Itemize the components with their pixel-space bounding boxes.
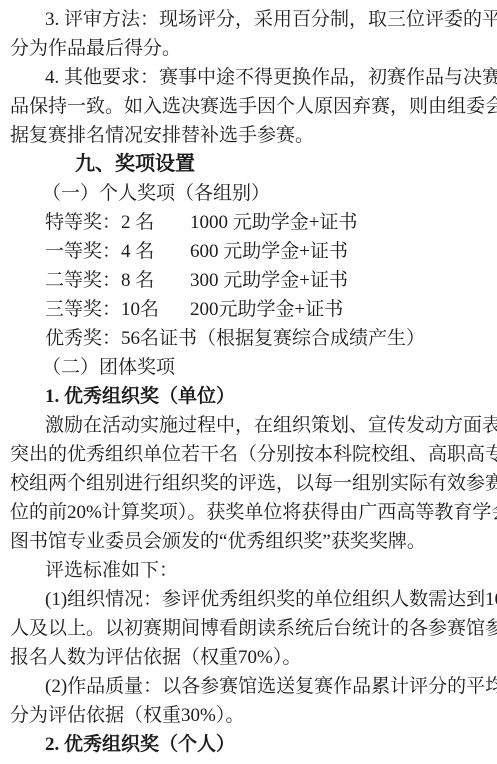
award-label: 二等奖：8 名	[45, 266, 190, 295]
award-line-first-prize: 一等奖：4 名600 元助学金+证书	[0, 237, 497, 266]
award-value: 200元助学金+证书	[190, 299, 343, 320]
award-value: 300 元助学金+证书	[190, 270, 348, 291]
para-judging-method-line1: 3. 评审方法：现场评分，采用百分制，取三位评委的平均	[0, 5, 497, 34]
award-label: 三等奖：10名	[45, 295, 190, 324]
para-org-award-line2: 突出的优秀组织单位若干名（分别按本科院校组、高职高专院	[0, 440, 497, 469]
para-org-award-line4: 位的前20%计算奖项）。获奖单位将获得由广西高等教育学会	[0, 498, 497, 527]
para-org-award-line5: 图书馆专业委员会颁发的“优秀组织奖”获奖奖牌。	[0, 527, 497, 556]
para-criteria-1-line2: 人及以上。以初赛期间博看朗读系统后台统计的各参赛馆参与	[0, 614, 497, 643]
award-line-second-prize: 二等奖：8 名300 元助学金+证书	[0, 266, 497, 295]
award-line-excellence-prize: 优秀奖：56名证书（根据复赛综合成绩产生）	[0, 324, 497, 353]
para-other-requirements-line3: 据复赛排名情况安排替补选手参赛。	[0, 121, 497, 150]
award-line-special-prize: 特等奖：2 名1000 元助学金+证书	[0, 208, 497, 237]
section-heading-awards: 九、奖项设置	[0, 150, 497, 179]
subheading-individual-awards: （一）个人奖项（各组别）	[0, 179, 497, 208]
document-body: 3. 评审方法：现场评分，采用百分制，取三位评委的平均分为作品最后得分。4. 其…	[0, 5, 497, 759]
award-label: 一等奖：4 名	[45, 237, 190, 266]
award-line-third-prize: 三等奖：10名200元助学金+证书	[0, 295, 497, 324]
para-criteria-1-line3: 报名人数为评估依据（权重70%）。	[0, 643, 497, 672]
document-page: 3. 评审方法：现场评分，采用百分制，取三位评委的平均分为作品最后得分。4. 其…	[0, 0, 497, 764]
subheading-org-award-individual: 2. 优秀组织奖（个人）	[0, 730, 497, 759]
award-value: 600 元助学金+证书	[190, 241, 348, 262]
para-other-requirements-line1: 4. 其他要求：赛事中途不得更换作品，初赛作品与决赛作	[0, 63, 497, 92]
para-other-requirements-line2: 品保持一致。如入选决赛选手因个人原因弃赛，则由组委会根	[0, 92, 497, 121]
award-value: 1000 元助学金+证书	[190, 212, 357, 233]
para-judging-method-line2: 分为作品最后得分。	[0, 34, 497, 63]
para-criteria-2-line1: (2)作品质量：以各参赛馆选送复赛作品累计评分的平均	[0, 672, 497, 701]
para-org-award-line1: 激励在活动实施过程中，在组织策划、宣传发动方面表现	[0, 411, 497, 440]
subheading-group-awards: （二）团体奖项	[0, 353, 497, 382]
para-org-award-line3: 校组两个组别进行组织奖的评选，以每一组别实际有效参赛单	[0, 469, 497, 498]
para-criteria-intro: 评选标准如下：	[0, 556, 497, 585]
para-criteria-1-line1: (1)组织情况：参评优秀组织奖的单位组织人数需达到100	[0, 585, 497, 614]
para-criteria-2-line2: 分为评估依据（权重30%）。	[0, 701, 497, 730]
subheading-org-award-unit: 1. 优秀组织奖（单位）	[0, 382, 497, 411]
award-label: 特等奖：2 名	[45, 208, 190, 237]
